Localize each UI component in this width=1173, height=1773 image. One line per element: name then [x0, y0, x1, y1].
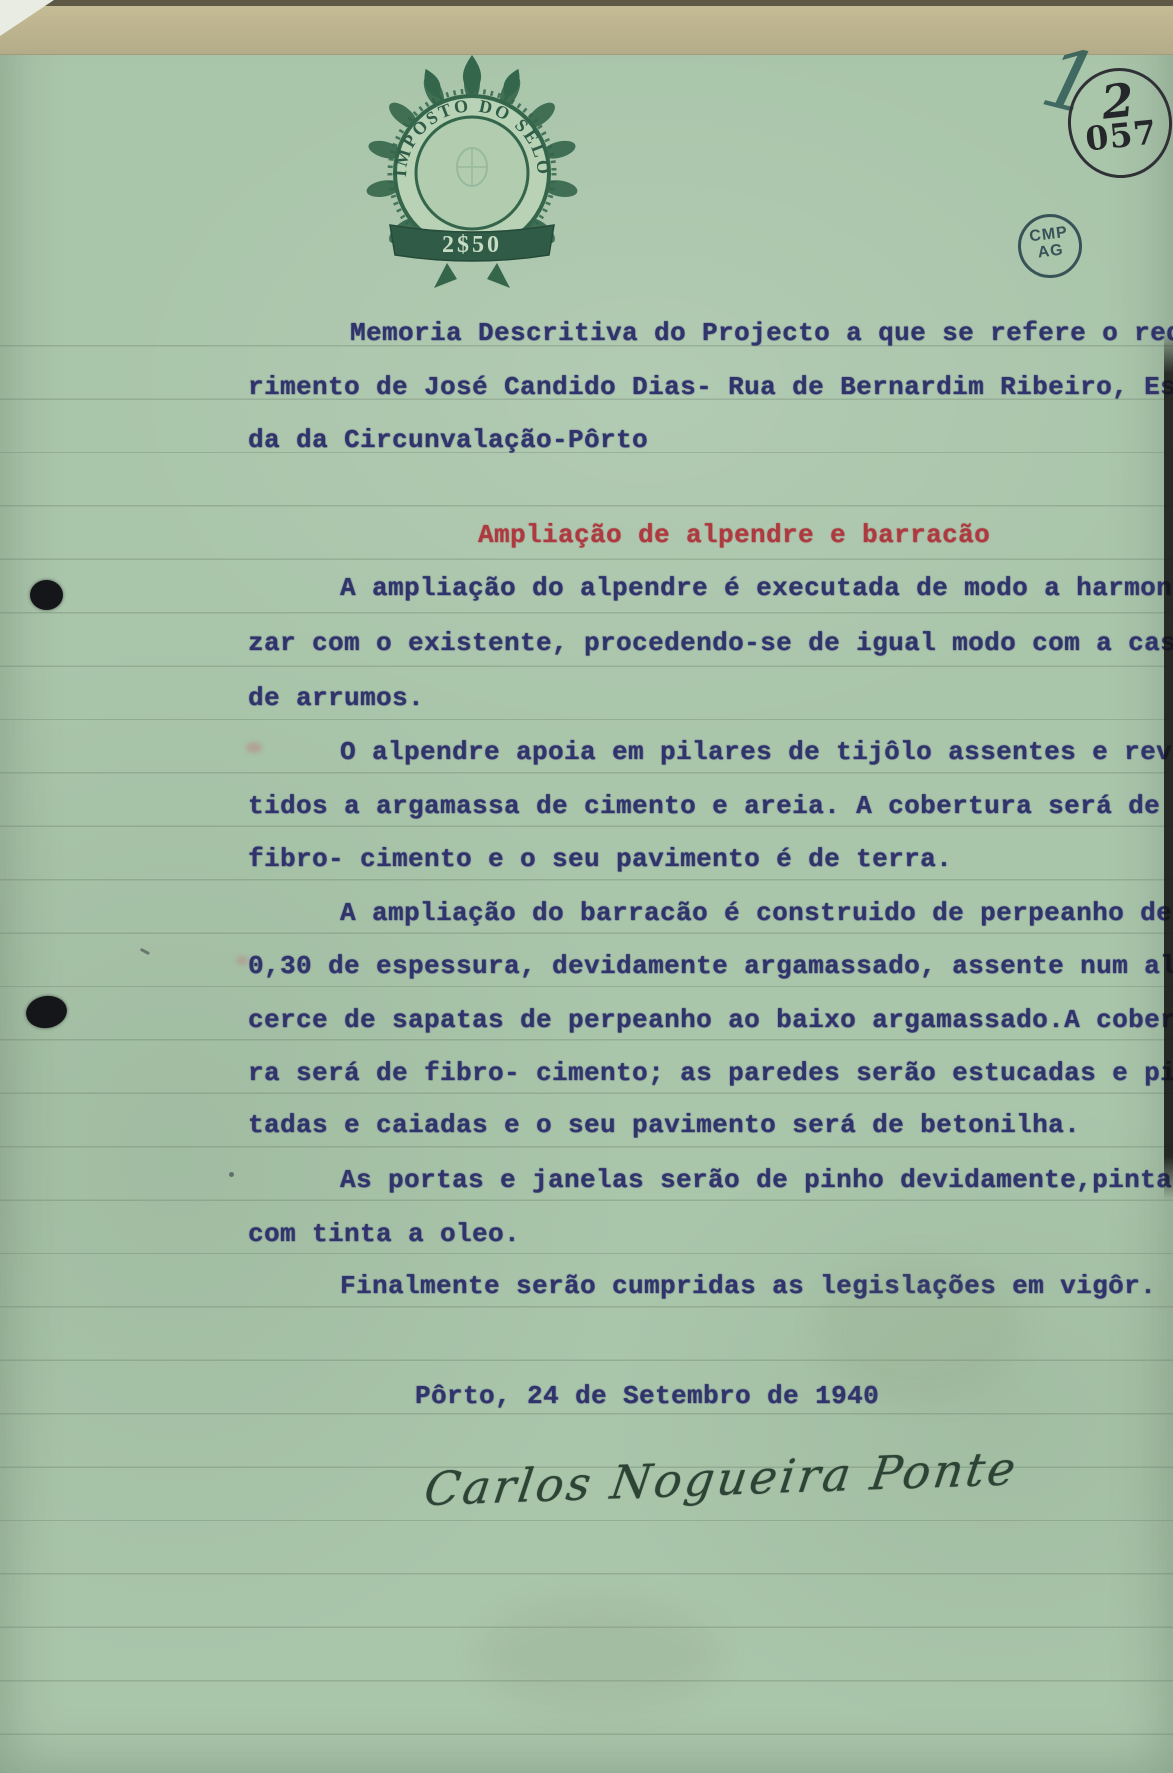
typed-heading-line-2: rimento de José Candido Dias- Rua de Ber… [248, 372, 1173, 402]
circled-annotation: 2 057 [1063, 63, 1173, 183]
typed-heading-line-3: da da Circunvalação-Pôrto [248, 425, 648, 455]
typed-heading-line-1: Memoria Descritiva do Projecto a que se … [350, 318, 1173, 348]
paper-top-band [0, 0, 1173, 55]
stamp-value: 2$50 [442, 232, 502, 258]
typed-line: Finalmente serão cumpridas as legislaçõe… [340, 1271, 1156, 1301]
dateline: Pôrto, 24 de Setembro de 1940 [415, 1381, 879, 1411]
revenue-stamp: IMPOSTO DO SELO 2$50 [352, 55, 592, 295]
ink-smudge [236, 956, 248, 965]
ink-smudge [246, 742, 262, 753]
paper-stain [480, 1600, 720, 1710]
typed-line: com tinta a oleo. [248, 1219, 520, 1249]
torn-corner [0, 0, 54, 36]
document-title: Ampliação de alpendre e barracão [478, 520, 990, 550]
typed-line: ra será de fibro- cimento; as paredes se… [248, 1058, 1173, 1088]
hole-punch-top [30, 580, 63, 610]
document-page: IMPOSTO DO SELO 2$50 1 2 057 CMP AG Memo… [0, 0, 1173, 1773]
scan-right-edge-shadow [1164, 330, 1173, 1200]
typed-line: A ampliação do alpendre é executada de m… [340, 573, 1173, 603]
stamp-right-tail [487, 263, 510, 288]
typed-line: zar com o existente, procedendo-se de ig… [248, 628, 1173, 658]
stamp-shield [457, 148, 487, 186]
typed-line: 0,30 de espessura, devidamente argamassa… [248, 951, 1173, 981]
typed-line: fibro- cimento e o seu pavimento é de te… [248, 844, 952, 874]
typed-line: tidos a argamassa de cimento e areia. A … [248, 791, 1160, 821]
cmp-ag-stamp: CMP AG [1014, 210, 1085, 281]
paper-top-edge [28, 0, 1173, 6]
stamp-left-tail [434, 263, 457, 288]
typed-line: tadas e caiadas e o seu pavimento será d… [248, 1110, 1080, 1140]
paper-stain [820, 1260, 1020, 1400]
typed-line: A ampliação do barracão é construido de … [340, 898, 1172, 928]
pencil-dot [229, 1172, 234, 1177]
typed-line: de arrumos. [248, 683, 424, 713]
typed-line: cerce de sapatas de perpeanho ao baixo a… [248, 1005, 1173, 1035]
typed-line: O alpendre apoia em pilares de tijôlo as… [340, 737, 1173, 767]
typed-line: As portas e janelas serão de pinho devid… [340, 1165, 1173, 1195]
circled-number-bottom: 057 [1071, 116, 1172, 156]
